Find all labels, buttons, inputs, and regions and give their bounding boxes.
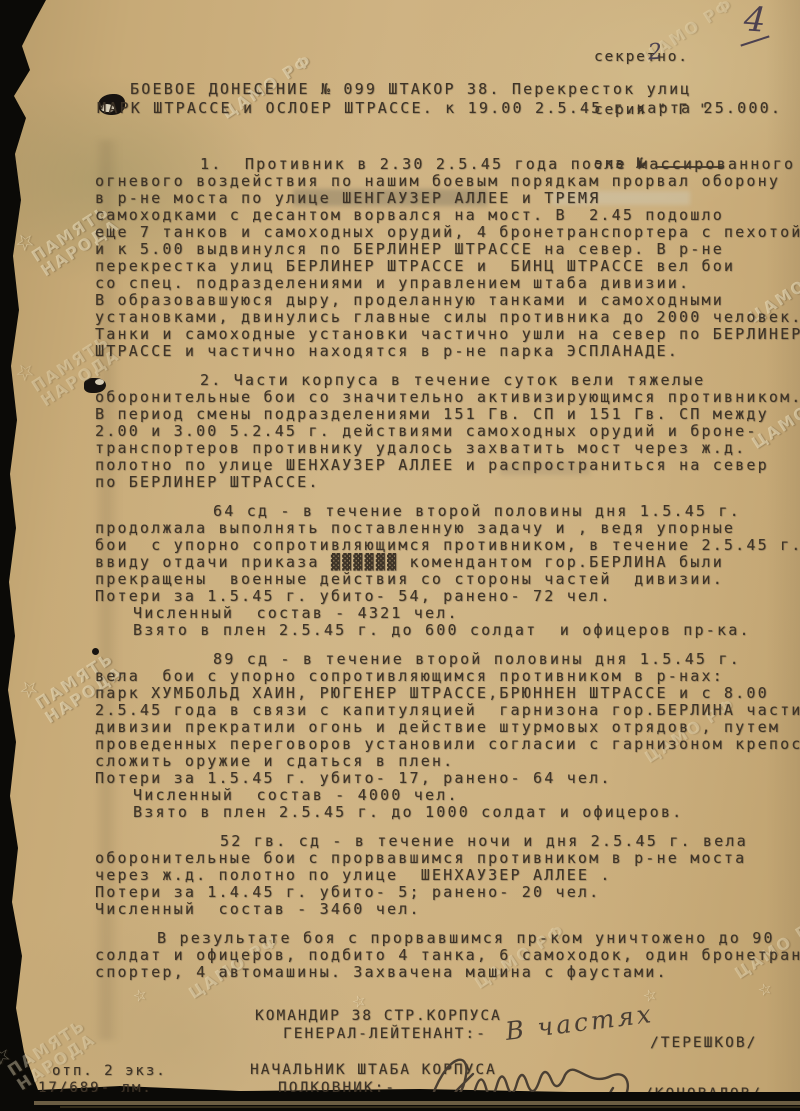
body-line: 2.5.45 года в связи с капитуляцией гарни… (95, 702, 800, 719)
body-line: самоходками с десантом ворвался на мост.… (95, 207, 800, 224)
body-line: по БЕРЛИНЕР ШТРАССЕ. (95, 474, 800, 491)
body-line: ввиду отдачи приказа ▓▓▓▓▓▓ комендантом … (95, 554, 800, 571)
paragraph: 64 сд - в течение второй половины дня 1.… (95, 503, 800, 639)
body-line: спортер, 4 автомашины. Захвачена машина … (95, 964, 800, 981)
body-line: Взято в плен 2.5.45 г. до 600 солдат и о… (95, 622, 800, 639)
body-line: и к 5.00 выдвинулся по БЕРЛИНЕР ШТРАССЕ … (95, 241, 800, 258)
body-line: вела бои с упорно сопротивляющимся проти… (95, 668, 800, 685)
body-line: транспортеров противнику удалось захвати… (95, 440, 800, 457)
body-line: сложить оружие и сдаться в плен. (95, 753, 800, 770)
body-line: продолжала выполнять поставленную задачу… (95, 520, 800, 537)
scanned-document-page: ЦАМО РФ ЦАМО РФ ☆ПАМЯТЬ НАРОДА ☆ПАМЯТЬ Н… (0, 0, 800, 1111)
scan-gap (0, 1092, 800, 1111)
paragraph: 89 сд - в течение второй половины дня 1.… (95, 651, 800, 821)
body-line: оборонительные бои со значительно активи… (95, 389, 800, 406)
body-line: Потери за 1.5.45 г. убито- 17, ранено- 6… (95, 770, 800, 787)
paragraph: В результате боя с прорвавшимся пр-ком у… (95, 930, 800, 981)
body-line: установками, двинулись главные силы прот… (95, 309, 800, 326)
paragraph: 52 гв. сд - в течение ночи и дня 2.5.45 … (95, 833, 800, 918)
body-line: через ж.д. полотно по улице ШЕНХАУЗЕР АЛ… (95, 867, 800, 884)
next-sheet-edge (34, 1101, 800, 1105)
body-line: полотно по улице ШЕНХАУЗЕР АЛЛЕЕ и распр… (95, 457, 800, 474)
commander-rank-line: ГЕНЕРАЛ-ЛЕЙТЕНАНТ:- (283, 1026, 487, 1042)
body-line: Численный состав - 4321 чел. (95, 605, 800, 622)
body-line: 89 сд - в течение второй половины дня 1.… (95, 651, 800, 668)
body-line: прекращены военные действия со стороны ч… (95, 571, 800, 588)
body-line: перекрестка улиц БЕРЛИНЕР ШТРАССЕ и БИНЦ… (95, 258, 800, 275)
body-line: ШТРАССЕ и частично находятся в р-не парк… (95, 343, 800, 360)
body-line: бои с упорно сопротивляющимся противнико… (95, 537, 800, 554)
body-line: В результате боя с прорвавшимся пр-ком у… (95, 930, 800, 947)
body-line: Танки и самоходные установки частично уш… (95, 326, 800, 343)
next-sheet-shadow (60, 1106, 800, 1108)
body-line: 1. Противник в 2.30 2.5.45 года после ма… (95, 156, 800, 173)
commander-post-line: КОМАНДИР 38 СТР.КОРПУСА (255, 1008, 502, 1024)
body-line: Численный состав - 3460 чел. (95, 901, 800, 918)
paragraph: 2. Части корпуса в течение суток вели тя… (95, 372, 800, 491)
report-title-line2: МАРК ШТРАССЕ и ОСЛОЕР ШТРАССЕ. к 19.00 2… (97, 99, 782, 117)
body-line: В образовавшуюся дыру, проделанную танка… (95, 292, 800, 309)
body-line: еще 7 танков и самоходных орудий, 4 брон… (95, 224, 800, 241)
body-line: Численный состав - 4000 чел. (95, 787, 800, 804)
body-line: солдат и офицеров, подбито 4 танка, 6 са… (95, 947, 800, 964)
body-line: в р-не моста по улице ШЕНГАУЗЕР АЛЛЕЕ и … (95, 190, 800, 207)
body-line: 52 гв. сд - в течение ночи и дня 2.5.45 … (95, 833, 800, 850)
body-line: 2. Части корпуса в течение суток вели тя… (95, 372, 800, 389)
body-line: со спец. подразделениями и управлением ш… (95, 275, 800, 292)
body-text: 1. Противник в 2.30 2.5.45 года после ма… (95, 156, 800, 981)
body-line: оборонительные бои с прорвавшимся против… (95, 850, 800, 867)
body-line: В период смены подразделениями 151 Гв. С… (95, 406, 800, 423)
body-line: 2.00 и 3.00 5.2.45 г. действиями самоход… (95, 423, 800, 440)
body-line: Потери за 1.4.45 г. убито- 5; ранено- 20… (95, 884, 800, 901)
body-line: парк ХУМБОЛЬД ХАИН, РЮГЕНЕР ШТРАССЕ,БРЮН… (95, 685, 800, 702)
paragraph: 1. Противник в 2.30 2.5.45 года после ма… (95, 156, 800, 360)
handwritten-copy-number: 2 (647, 40, 663, 66)
report-title-line1: БОЕВОЕ ДОНЕСЕНИЕ № 099 ШТАКОР 38. Перекр… (130, 80, 692, 98)
body-line: огневого воздействия по нашим боевым пор… (95, 173, 800, 190)
copies-note-line1: отп. 2 экз. (52, 1063, 167, 1079)
body-line: Взято в плен 2.5.45 г. до 1000 солдат и … (95, 804, 800, 821)
body-line: Потери за 1.5.45 г. убито- 54, ранено- 7… (95, 588, 800, 605)
body-line: 64 сд - в течение второй половины дня 1.… (95, 503, 800, 520)
body-line: проведенных переговоров установили согла… (95, 736, 800, 753)
handwritten-page-number: 4 (743, 0, 767, 41)
body-line: дивизии прекратили огонь и действие штур… (95, 719, 800, 736)
